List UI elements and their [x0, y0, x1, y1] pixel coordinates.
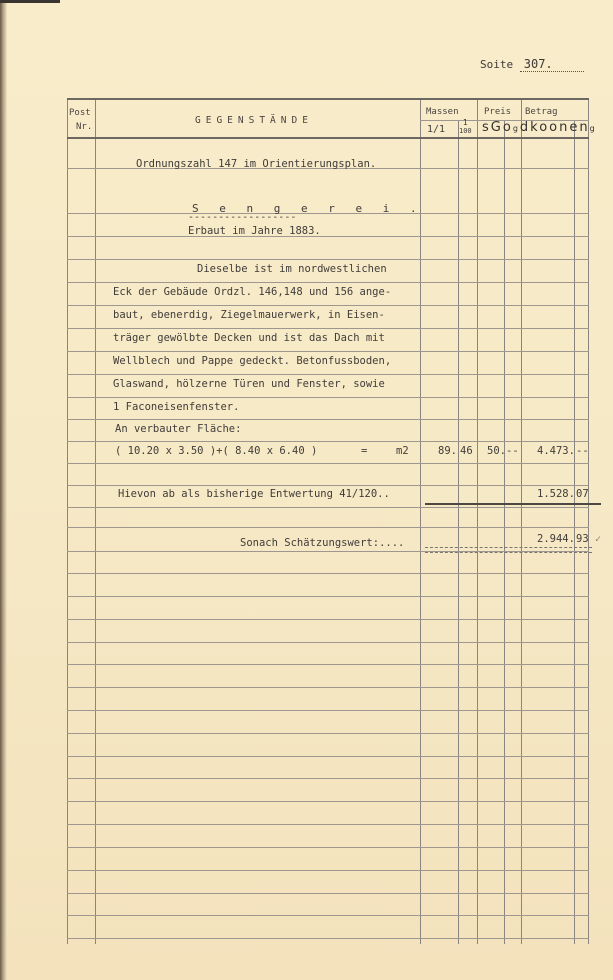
page-number-value: 307.	[520, 57, 584, 72]
ledger-row-rule	[67, 619, 589, 620]
deduction-line: Hievon ab als bisherige Entwertung 41/12…	[118, 488, 390, 500]
area-formula: ( 10.20 x 3.50 )+( 8.40 x 6.40 )	[115, 445, 317, 457]
ledger-row-rule	[67, 374, 589, 375]
page-binding-edge	[0, 0, 7, 980]
header-price: Preis	[484, 107, 511, 117]
deduction-fraction-value: 07	[576, 488, 589, 500]
price-whole-value: 50.	[487, 445, 506, 457]
area-equals: =	[361, 445, 367, 457]
description-line-6: Glaswand, hölzerne Türen und Fenster, so…	[113, 378, 385, 390]
col-rule-left	[67, 98, 68, 944]
col-rule-masses	[477, 98, 478, 944]
currency-tail: g	[590, 124, 597, 133]
description-line-3: baut, ebenerdig, Ziegelmauerwerk, in Eis…	[113, 309, 385, 321]
col-rule-post	[95, 98, 96, 944]
ledger-row-rule	[67, 824, 589, 825]
area-unit: m2	[396, 445, 409, 457]
amount-whole-value: 4.473.	[537, 445, 575, 457]
estimate-fraction-value: 93	[576, 533, 589, 545]
ledger-row-rule	[67, 664, 589, 665]
ledger-row-rule	[67, 710, 589, 711]
header-masses-whole: 1/1	[427, 124, 445, 135]
fraction-numerator: 1	[459, 119, 472, 127]
description-line-1: Dieselbe ist im nordwestlichen	[197, 263, 387, 275]
total-double-rule	[425, 547, 592, 553]
description-line-7: 1 Faconeisenfenster.	[113, 401, 239, 413]
col-rule-amount-frac	[574, 120, 575, 944]
check-mark-icon: ✓	[595, 534, 601, 545]
mass-whole-value: 89.	[438, 445, 457, 457]
page-label: Soite	[480, 58, 513, 71]
header-amount: Betrag	[525, 107, 558, 117]
header-masses-fraction: 1 100	[459, 119, 472, 135]
ledger-row-rule	[67, 801, 589, 802]
ledger-row-rule	[67, 778, 589, 779]
header-post: Post	[69, 108, 91, 118]
fraction-denominator: 100	[459, 127, 472, 135]
col-rule-price	[521, 98, 522, 944]
estimate-line: Sonach Schätzungswert:....	[240, 537, 404, 549]
ledger-row-rule	[67, 893, 589, 894]
ledger-row-rule	[67, 328, 589, 329]
building-title-underline: ------------------	[188, 212, 296, 223]
ledger-row-rule	[67, 573, 589, 574]
col-rule-right	[588, 98, 589, 944]
ledger-row-rule	[67, 687, 589, 688]
col-rule-price-frac	[504, 120, 505, 944]
subtotal-rule	[425, 503, 601, 505]
header-items: GEGENSTÄNDE	[195, 115, 313, 126]
ledger-row-rule	[67, 938, 589, 939]
ledger-row-rule	[67, 397, 589, 398]
header-bottom-rule	[67, 137, 589, 139]
ledger-row-rule	[67, 305, 589, 306]
ledger-row-rule	[67, 419, 589, 420]
description-line-4: träger gewölbte Decken und ist das Dach …	[113, 332, 385, 344]
ledger-row-rule	[67, 733, 589, 734]
page-top-edge	[0, 0, 60, 3]
ledger-row-rule	[67, 463, 589, 464]
ledger-row-rule	[67, 915, 589, 916]
currency-label: dkoonen	[520, 120, 590, 135]
header-nr: Nr.	[76, 122, 92, 132]
col-rule-mass-frac	[458, 120, 459, 944]
table-top-rule	[67, 98, 589, 100]
area-label: An verbauter Fläche:	[115, 423, 241, 435]
estimate-whole-value: 2.944.	[537, 533, 575, 545]
ledger-row-rule	[67, 596, 589, 597]
ordnungszahl-line: Ordnungszahl 147 im Orientierungsplan.	[136, 158, 376, 170]
header-currency-overstrike: sGogdkooneng	[482, 120, 597, 135]
ledger-row-rule	[67, 282, 589, 283]
ledger-row-rule	[67, 870, 589, 871]
ledger-row-rule	[67, 847, 589, 848]
ledger-row-rule	[67, 351, 589, 352]
currency-overstrike-small: g	[513, 124, 520, 133]
ledger-row-rule	[67, 642, 589, 643]
ledger-row-rule	[67, 236, 589, 237]
page-number: Soite 307.	[480, 57, 584, 72]
description-line-2: Eck der Gebäude Ordzl. 146,148 und 156 a…	[113, 286, 391, 298]
ledger-row-rule	[67, 756, 589, 757]
col-rule-items	[420, 98, 421, 944]
description-line-5: Wellblech und Pappe gedeckt. Betonfussbo…	[113, 355, 391, 367]
mass-fraction-value: 46	[460, 445, 473, 457]
ledger-row-rule	[67, 507, 589, 508]
ledger-row-rule	[67, 441, 589, 442]
ledger-row-rule	[67, 527, 589, 528]
ledger-page: Soite 307. Post Nr. GEGENSTÄNDE Massen P…	[0, 0, 613, 980]
currency-overstrike-text: sGo	[482, 120, 513, 135]
deduction-whole-value: 1.528.	[537, 488, 575, 500]
header-masses: Massen	[426, 107, 459, 117]
ledger-row-rule	[67, 259, 589, 260]
price-fraction-value: --	[506, 445, 519, 457]
amount-fraction-value: --	[576, 445, 589, 457]
ledger-row-rule	[67, 485, 589, 486]
built-year-line: Erbaut im Jahre 1883.	[188, 225, 321, 237]
